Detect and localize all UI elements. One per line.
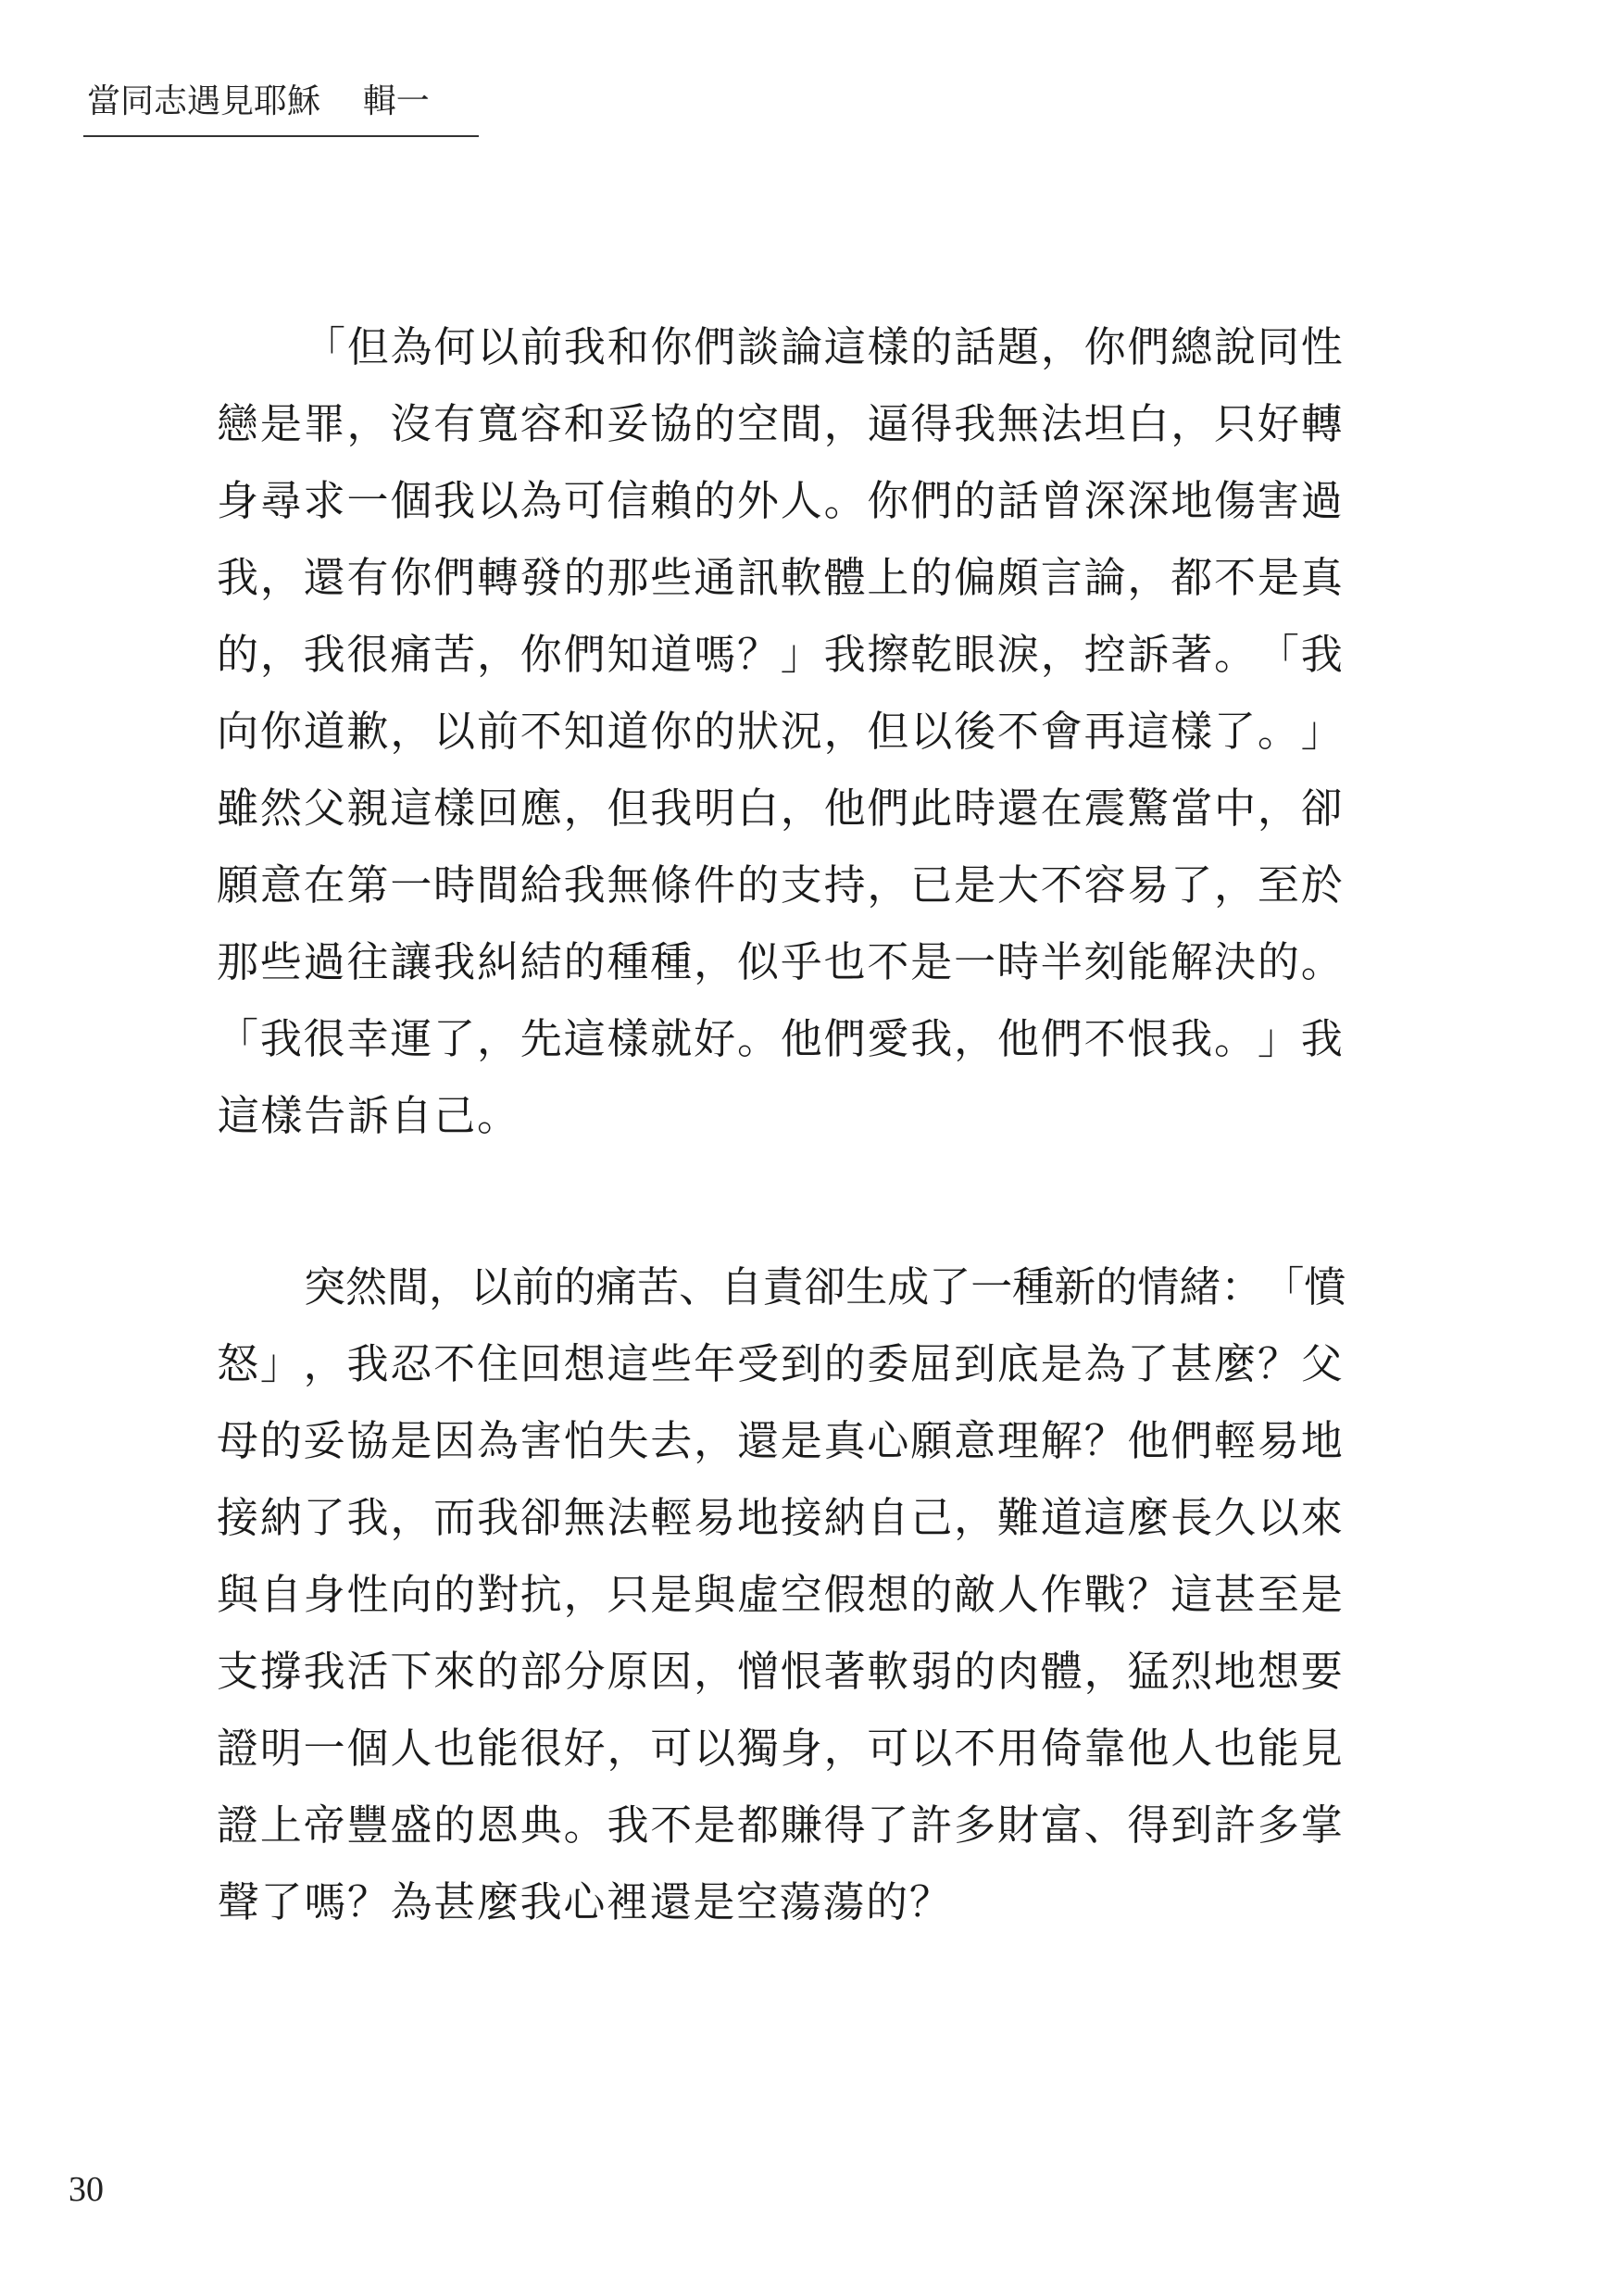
text-line: 這樣告訴自己。 xyxy=(217,1077,1343,1154)
text-line: 向你道歉，以前不知道你的狀況，但以後不會再這樣了。」 xyxy=(217,693,1343,770)
text-line: 戀是罪，沒有寬容和妥協的空間，逼得我無法坦白，只好轉 xyxy=(217,385,1343,462)
text-line: 證上帝豐盛的恩典。我不是都賺得了許多財富、得到許多掌 xyxy=(217,1787,1343,1863)
text-line: 「我很幸運了，先這樣就好。他們愛我，他們不恨我。」我 xyxy=(217,1000,1343,1077)
text-line: 的，我很痛苦，你們知道嗎？」我擦乾眼淚，控訴著。「我 xyxy=(217,616,1343,693)
text-line: 雖然父親這樣回應，但我明白，他們此時還在震驚當中，卻 xyxy=(217,770,1343,847)
text-line: 聲了嗎？為甚麼我心裡還是空蕩蕩的？ xyxy=(217,1863,1343,1940)
book-title: 當同志遇見耶穌 xyxy=(87,82,320,120)
section-label: 輯一 xyxy=(363,82,430,120)
text-line: 與自身性向的對抗，只是與虛空假想的敵人作戰？這甚至是 xyxy=(217,1556,1343,1633)
text-line: 那些過往讓我糾結的種種，似乎也不是一時半刻能解決的。 xyxy=(217,923,1343,1000)
page-number: 30 xyxy=(69,2169,104,2210)
header-rule xyxy=(83,135,479,137)
running-header: 當同志遇見耶穌 輯一 xyxy=(87,80,430,124)
text-line: 我，還有你們轉發的那些通訊軟體上的偏頗言論，都不是真 xyxy=(217,539,1343,616)
paragraph-1: 「但為何以前我和你們談論這樣的話題，你們總說同性戀是罪，沒有寬容和妥協的空間，逼… xyxy=(217,308,1343,1154)
header-spacer xyxy=(320,82,363,120)
text-line: 「但為何以前我和你們談論這樣的話題，你們總說同性 xyxy=(217,308,1343,385)
text-line: 證明一個人也能很好，可以獨身，可以不用倚靠他人也能見 xyxy=(217,1710,1343,1787)
text-line: 怒」，我忍不住回想這些年受到的委屈到底是為了甚麼？父 xyxy=(217,1325,1343,1402)
text-line: 突然間，以前的痛苦、自責卻生成了一種新的情緒：「憤 xyxy=(217,1248,1343,1325)
text-line: 願意在第一時間給我無條件的支持，已是大不容易了，至於 xyxy=(217,847,1343,923)
paragraph-2: 突然間，以前的痛苦、自責卻生成了一種新的情緒：「憤怒」，我忍不住回想這些年受到的… xyxy=(217,1248,1343,1940)
text-line: 身尋求一個我以為可信賴的外人。你們的話曾深深地傷害過 xyxy=(217,462,1343,539)
text-line: 母的妥協是因為害怕失去，還是真心願意理解？他們輕易地 xyxy=(217,1402,1343,1479)
text-line: 接納了我，而我卻無法輕易地接納自己，難道這麼長久以來 xyxy=(217,1479,1343,1556)
text-line: 支撐我活下來的部分原因，憎恨著軟弱的肉體，猛烈地想要 xyxy=(217,1633,1343,1710)
